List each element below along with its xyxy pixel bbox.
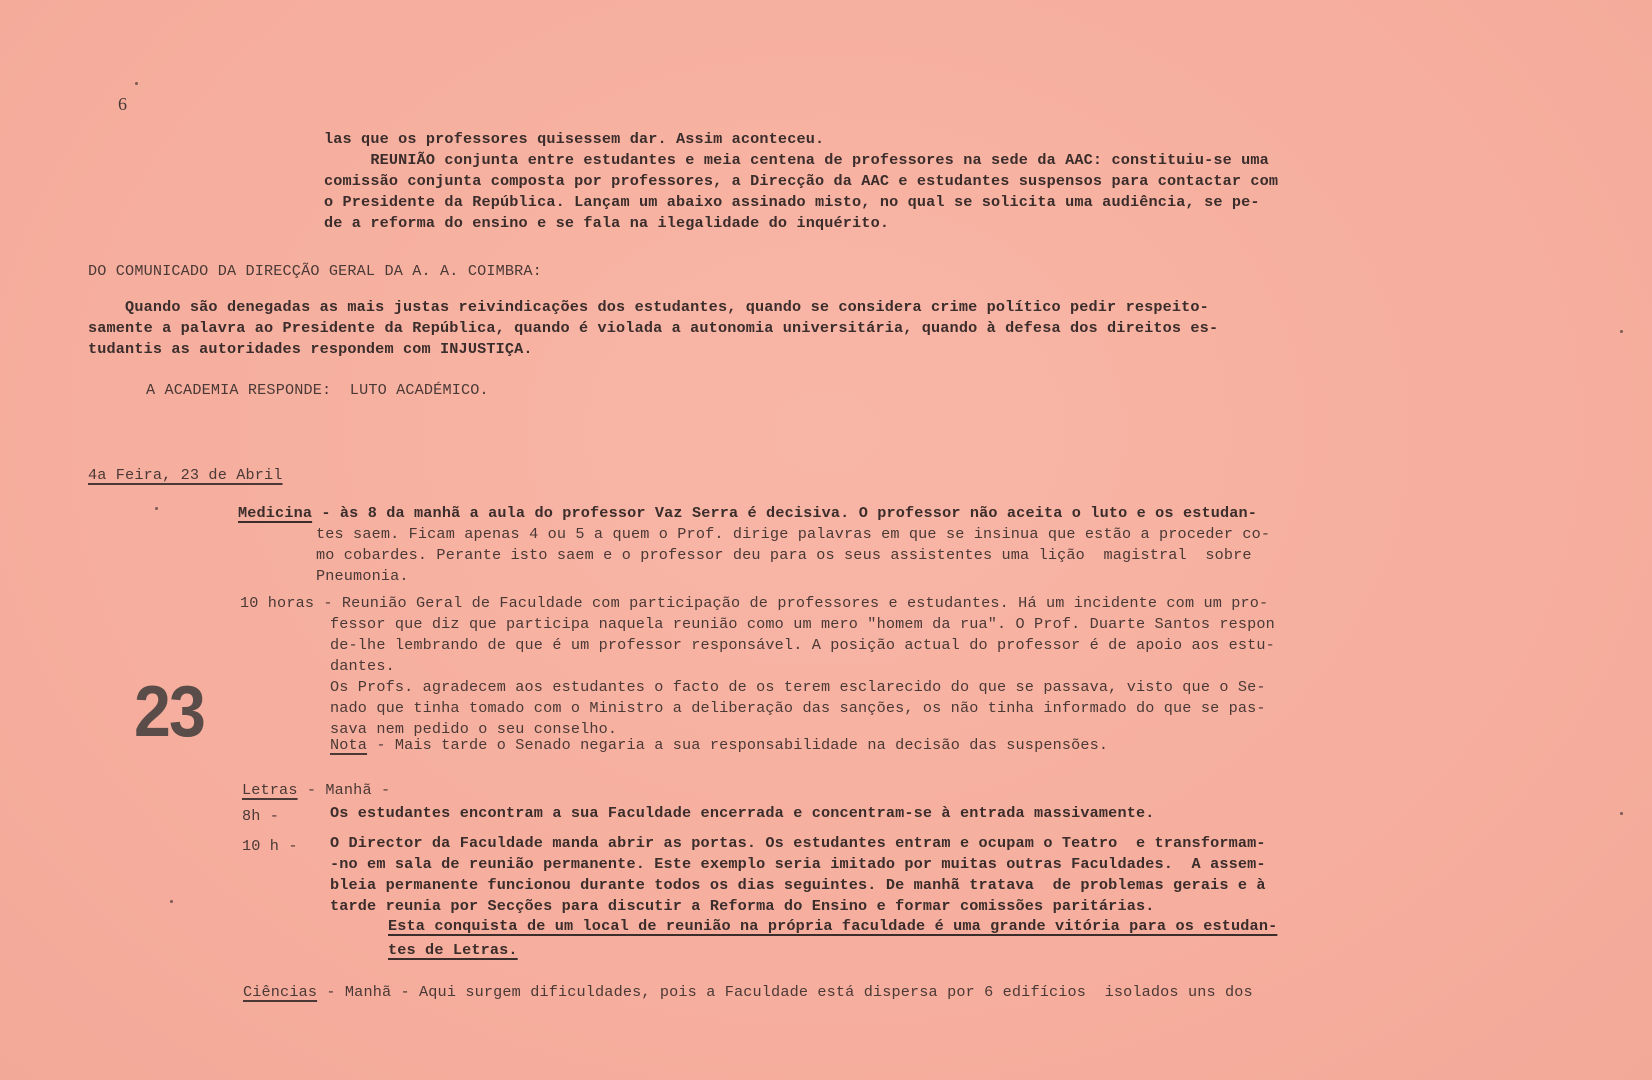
ciencias-label: Ciências <box>243 983 317 1001</box>
dez-horas-text: - Reunião Geral de Faculdade com partici… <box>314 594 1268 612</box>
letras-entry-line: bleia permanente funcionou durante todos… <box>330 875 1266 895</box>
dez-horas-line: de-lhe lembrando de que é um professor r… <box>330 635 1275 655</box>
communique-line: samente a palavra ao Presidente da Repúb… <box>88 318 1218 338</box>
medicina-line: Pneumonia. <box>316 566 409 586</box>
medicina-first-line: Medicina - às 8 da manhã a aula do profe… <box>238 503 1257 523</box>
letras-suffix: - Manhã - <box>298 781 391 799</box>
dez-horas-line: Os Profs. agradecem aos estudantes o fac… <box>330 677 1266 697</box>
letras-highlight-line: Esta conquista de um local de reunião na… <box>388 916 1277 936</box>
communique-line: Quando são denegadas as mais justas reiv… <box>88 297 1209 317</box>
ciencias-text: - Manhã - Aqui surgem dificuldades, pois… <box>317 983 1253 1001</box>
time-label: 8h - <box>242 806 279 826</box>
paper-speck <box>135 82 138 85</box>
dez-horas-line: nado que tinha tomado com o Ministro a d… <box>330 698 1266 718</box>
intro-line: las que os professores quisessem dar. As… <box>324 129 824 149</box>
letras-entry-line: tarde reunia por Secções para discutir a… <box>330 896 1155 916</box>
communique-line: tudantis as autoridades respondem com IN… <box>88 339 533 359</box>
intro-line: REUNIÃO conjunta entre estudantes e meia… <box>324 150 1269 170</box>
letras-label: Letras <box>242 781 298 799</box>
letras-entry-line: Os estudantes encontram a sua Faculdade … <box>330 803 1155 823</box>
ciencias-line: Ciências - Manhã - Aqui surgem dificulda… <box>243 982 1253 1002</box>
communique-heading: DO COMUNICADO DA DIRECÇÃO GERAL DA A. A.… <box>88 261 542 281</box>
paper-speck <box>155 507 158 510</box>
paper-speck <box>170 900 173 903</box>
dez-horas-line: dantes. <box>330 656 395 676</box>
medicina-text: - às 8 da manhã a aula do professor Vaz … <box>312 504 1257 522</box>
nota-label: Nota <box>330 736 367 754</box>
intro-line: o Presidente da República. Lançam um aba… <box>324 192 1260 212</box>
time-label: 10 horas <box>240 594 314 612</box>
letras-entry-line: -no em sala de reunião permanente. Este … <box>330 854 1266 874</box>
paper-speck <box>1620 812 1623 815</box>
nota-text: - Mais tarde o Senado negaria a sua resp… <box>367 736 1108 754</box>
letras-entry-line: O Director da Faculdade manda abrir as p… <box>330 833 1266 853</box>
medicina-line: mo cobardes. Perante isto saem e o profe… <box>316 545 1252 565</box>
medicina-label: Medicina <box>238 504 312 522</box>
academy-response: A ACADEMIA RESPONDE: LUTO ACADÉMICO. <box>146 380 489 400</box>
date-heading: 4a Feira, 23 de Abril <box>88 465 283 485</box>
page-number: 6 <box>118 94 127 115</box>
nota-line: Nota - Mais tarde o Senado negaria a sua… <box>330 735 1108 755</box>
dez-horas-line: fessor que diz que participa naquela reu… <box>330 614 1275 634</box>
intro-line: comissão conjunta composta por professor… <box>324 171 1278 191</box>
paper-speck <box>1620 330 1623 333</box>
medicina-line: tes saem. Ficam apenas 4 ou 5 a quem o P… <box>316 524 1270 544</box>
margin-day-number: 23 <box>134 676 204 748</box>
letras-highlight-line: tes de Letras. <box>388 940 518 960</box>
document-page: 6 las que os professores quisessem dar. … <box>0 0 1652 1080</box>
time-label: 10 h - <box>242 836 298 856</box>
intro-line: de a reforma do ensino e se fala na ileg… <box>324 213 889 233</box>
dez-horas-first-line: 10 horas - Reunião Geral de Faculdade co… <box>240 593 1268 613</box>
letras-heading: Letras - Manhã - <box>242 780 390 800</box>
